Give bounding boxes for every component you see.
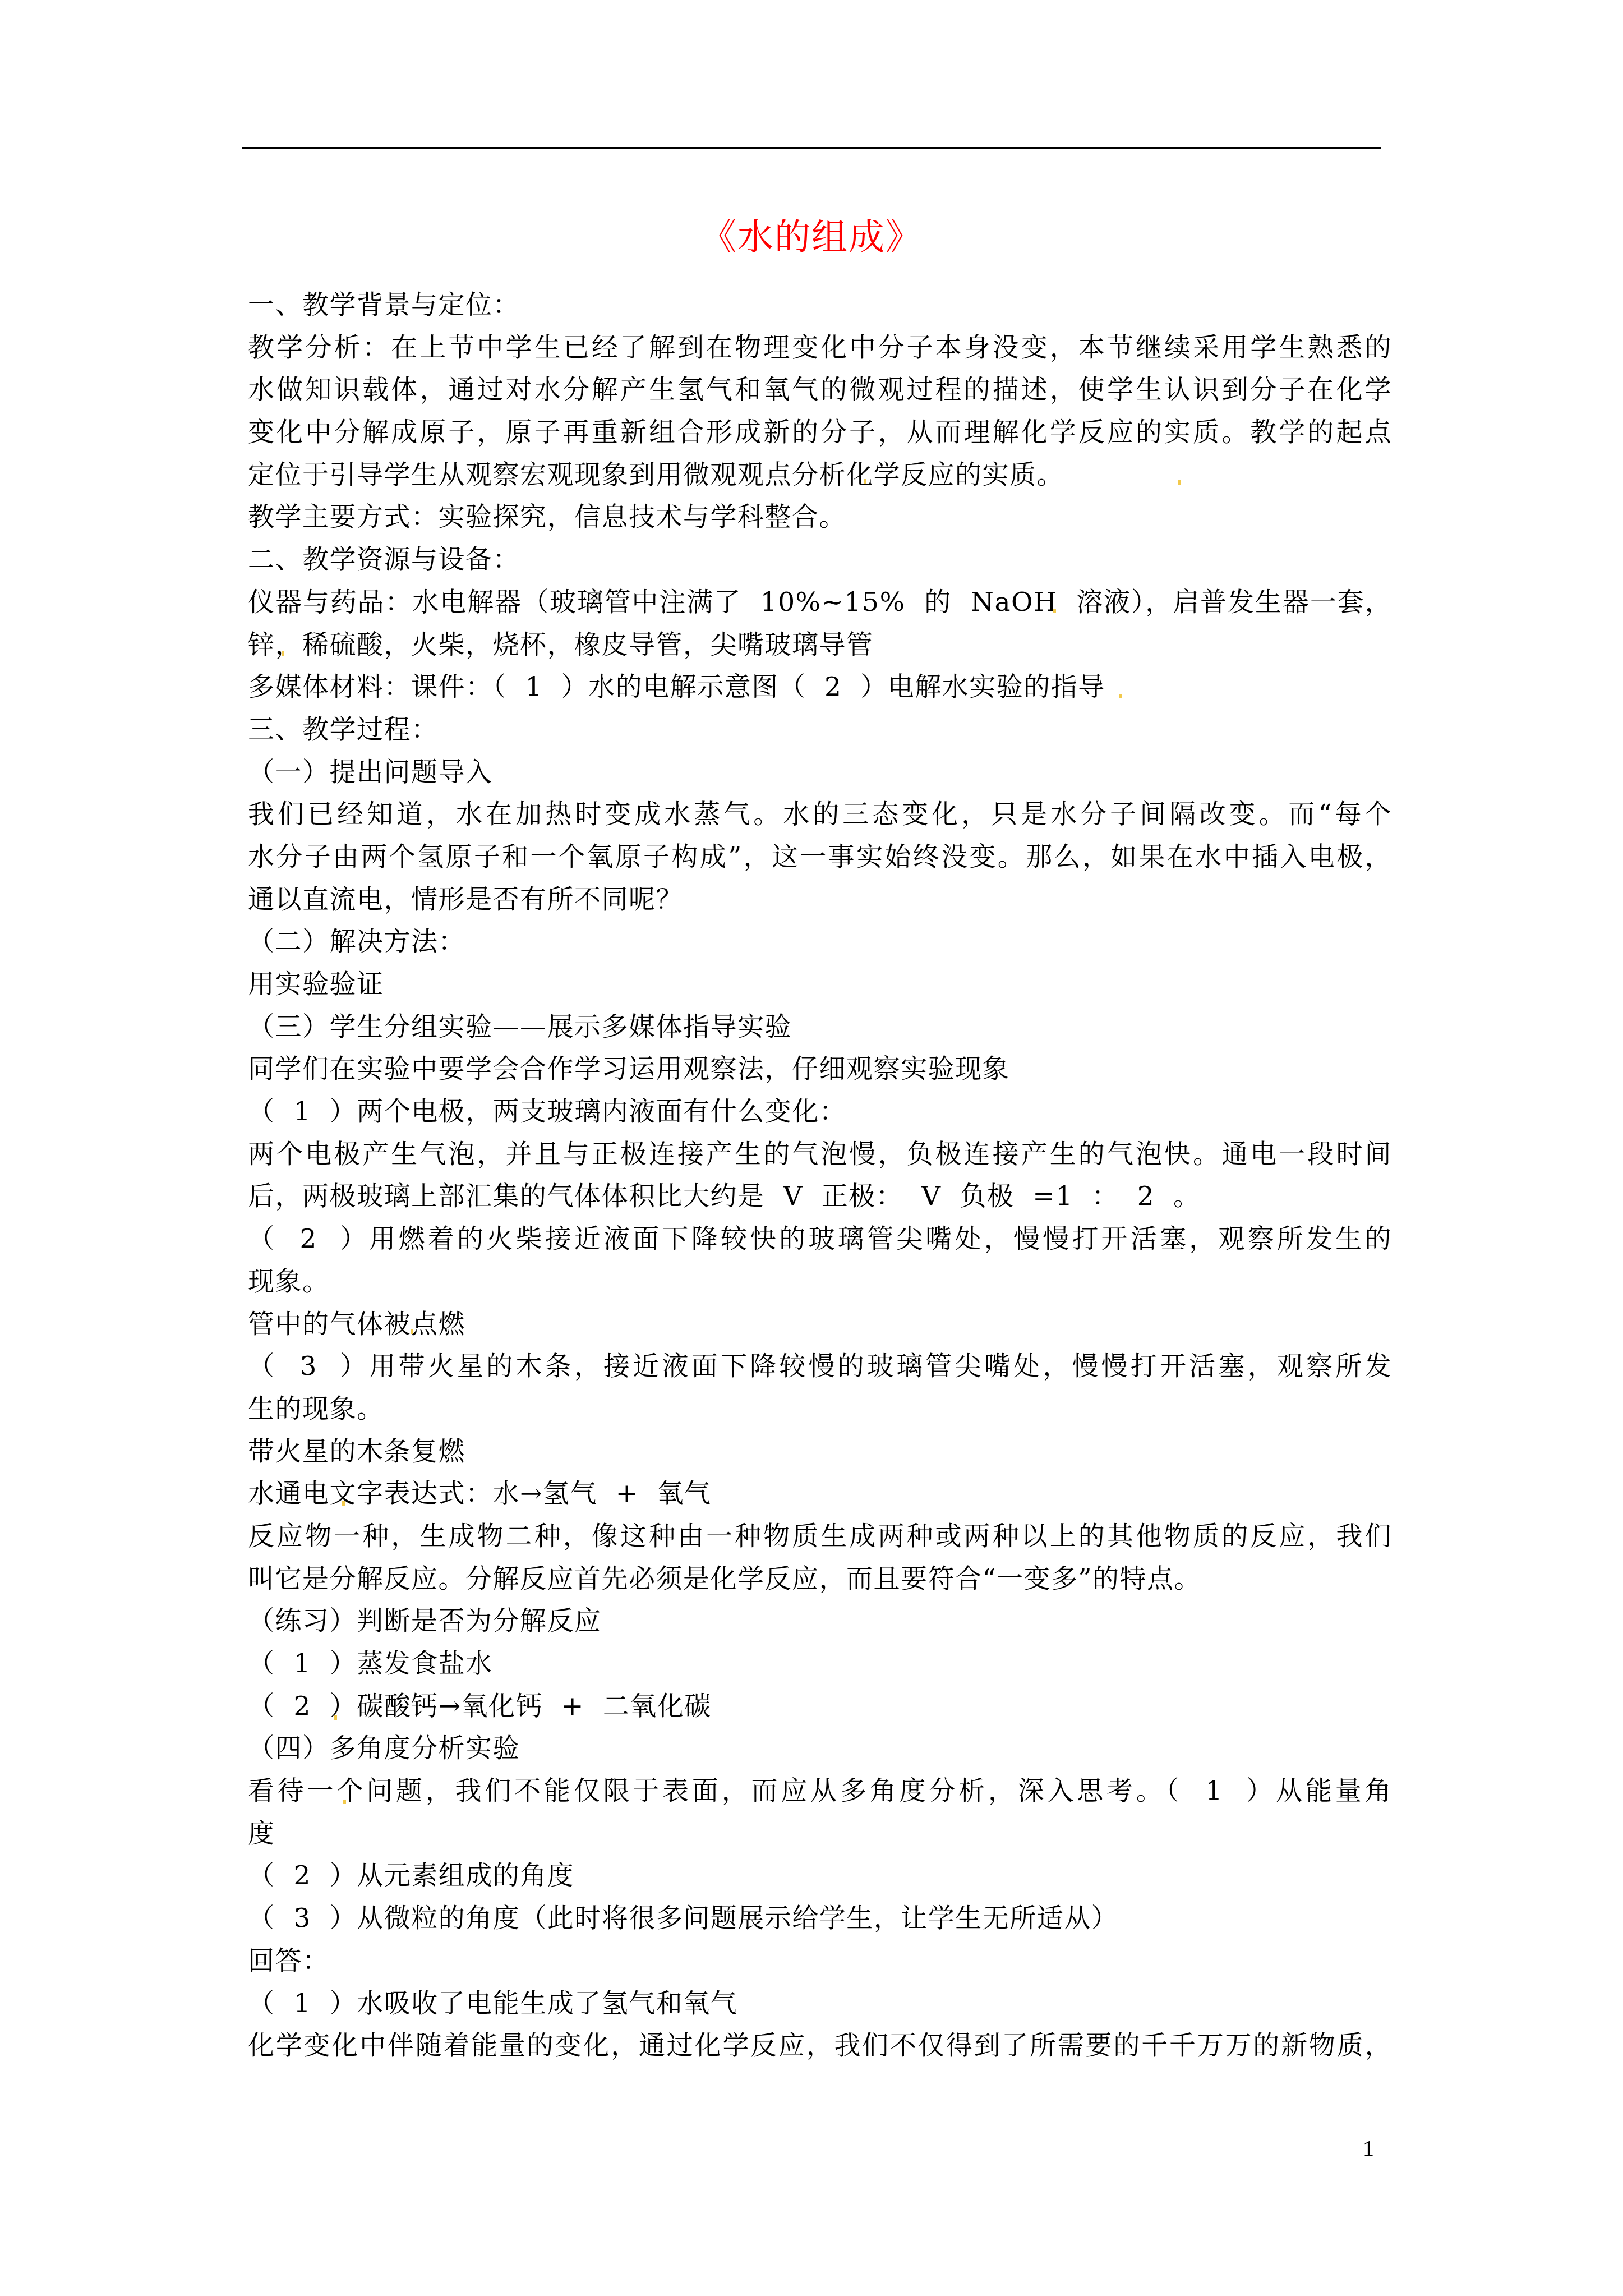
paragraph-line: 带火星的木条复燃 — [248, 1430, 1392, 1473]
paragraph-line: 变化中分解成原子，原子再重新组合形成新的分子，从而理解化学反应的实质。教学的起点 — [248, 411, 1392, 454]
section-heading-background: 一、教学背景与定位： — [248, 284, 1392, 326]
scan-speck — [864, 479, 866, 484]
paragraph-line: 教学主要方式：实验探究，信息技术与学科整合。 — [248, 496, 1392, 539]
scan-speck — [1119, 694, 1122, 698]
list-item: （ 1 ）水吸收了电能生成了氢气和氧气 — [248, 1982, 1392, 2025]
document-body: 一、教学背景与定位： 教学分析：在上节中学生已经了解到在物理变化中分子本身没变，… — [248, 284, 1392, 2067]
paragraph-line: 管中的气体被点燃 — [248, 1303, 1392, 1346]
list-item: （ 1 ）两个电极，两支玻璃内液面有什么变化： — [248, 1091, 1392, 1133]
scan-speck — [342, 1501, 345, 1506]
list-item: （ 2 ）用燃着的火柴接近液面下降较快的玻璃管尖嘴处，慢慢打开活塞，观察所发生的 — [248, 1218, 1392, 1260]
paragraph-line: 后，两极玻璃上部汇集的气体体积比大约是 V 正极： V 负极 =1 ： 2 。 — [248, 1175, 1392, 1218]
scan-speck — [282, 651, 284, 656]
section-heading-process: 三、教学过程： — [248, 708, 1392, 751]
list-item: （ 1 ）蒸发食盐水 — [248, 1642, 1392, 1685]
paragraph-line: 仪器与药品：水电解器（玻璃管中注满了 10%~15% 的 NaOH 溶液），启普… — [248, 581, 1392, 624]
document-title: 《水的组成》 — [0, 212, 1623, 263]
paragraph-line: 两个电极产生气泡，并且与正极连接产生的气泡慢，负极连接产生的气泡快。通电一段时间 — [248, 1133, 1392, 1176]
document-page: 《水的组成》 一、教学背景与定位： 教学分析：在上节中学生已经了解到在物理变化中… — [0, 0, 1623, 2296]
paragraph-line: 用实验验证 — [248, 963, 1392, 1006]
subsection-heading: （二）解决方法： — [248, 921, 1392, 963]
paragraph-line: 回答： — [248, 1940, 1392, 1982]
scan-speck — [334, 1715, 337, 1720]
paragraph-line: 看待一个问题，我们不能仅限于表面，而应从多角度分析，深入思考。（ 1 ）从能量角 — [248, 1770, 1392, 1812]
paragraph-line: 教学分析：在上节中学生已经了解到在物理变化中分子本身没变，本节继续采用学生熟悉的 — [248, 326, 1392, 369]
list-item: （ 2 ）碳酸钙→氧化钙 + 二氧化碳 — [248, 1685, 1392, 1728]
section-heading-resources: 二、教学资源与设备： — [248, 539, 1392, 581]
paragraph-line: 化学变化中伴随着能量的变化，通过化学反应，我们不仅得到了所需要的千千万万的新物质… — [248, 2024, 1392, 2067]
exercise-heading: （练习）判断是否为分解反应 — [248, 1600, 1392, 1642]
word-equation: 水通电文字表达式：水→氢气 + 氧气 — [248, 1473, 1392, 1515]
scan-speck — [411, 1329, 413, 1334]
paragraph-line: 现象。 — [248, 1260, 1392, 1303]
paragraph-line: 叫它是分解反应。分解反应首先必须是化学反应，而且要符合“一变多”的特点。 — [248, 1558, 1392, 1600]
paragraph-line: 反应物一种，生成物二种，像这种由一种物质生成两种或两种以上的其他物质的反应，我们 — [248, 1515, 1392, 1558]
paragraph-line: 我们已经知道，水在加热时变成水蒸气。水的三态变化，只是水分子间隔改变。而“每个 — [248, 793, 1392, 836]
subsection-heading: （四）多角度分析实验 — [248, 1727, 1392, 1770]
paragraph-line: 度 — [248, 1812, 1392, 1855]
paragraph-line: 定位于引导学生从观察宏观现象到用微观观点分析化学反应的实质。 — [248, 454, 1392, 496]
paragraph-line: 水分子由两个氢原子和一个氧原子构成”，这一事实始终没变。那么，如果在水中插入电极… — [248, 836, 1392, 878]
paragraph-line: 锌，稀硫酸，火柴，烧杯，橡皮导管，尖嘴玻璃导管 — [248, 624, 1392, 666]
page-number: 1 — [1363, 2134, 1374, 2162]
list-item: （ 3 ）从微粒的角度（此时将很多问题展示给学生，让学生无所适从） — [248, 1897, 1392, 1940]
paragraph-line: 水做知识载体，通过对水分解产生氢气和氧气的微观过程的描述，使学生认识到分子在化学 — [248, 369, 1392, 411]
paragraph-line: 多媒体材料：课件：（ 1 ）水的电解示意图（ 2 ）电解水实验的指导 — [248, 666, 1392, 708]
paragraph-line: 通以直流电，情形是否有所不同呢？ — [248, 878, 1392, 921]
paragraph-line: 生的现象。 — [248, 1388, 1392, 1430]
scan-speck — [343, 1800, 346, 1804]
list-item: （ 3 ）用带火星的木条，接近液面下降较慢的玻璃管尖嘴处，慢慢打开活塞，观察所发 — [248, 1345, 1392, 1388]
paragraph-line: 同学们在实验中要学会合作学习运用观察法，仔细观察实验现象 — [248, 1048, 1392, 1091]
subsection-heading: （一）提出问题导入 — [248, 751, 1392, 794]
subsection-heading: （三）学生分组实验——展示多媒体指导实验 — [248, 1006, 1392, 1048]
header-rule — [242, 147, 1381, 149]
list-item: （ 2 ）从元素组成的角度 — [248, 1855, 1392, 1897]
scan-speck — [1178, 480, 1181, 485]
scan-speck — [1053, 609, 1056, 613]
